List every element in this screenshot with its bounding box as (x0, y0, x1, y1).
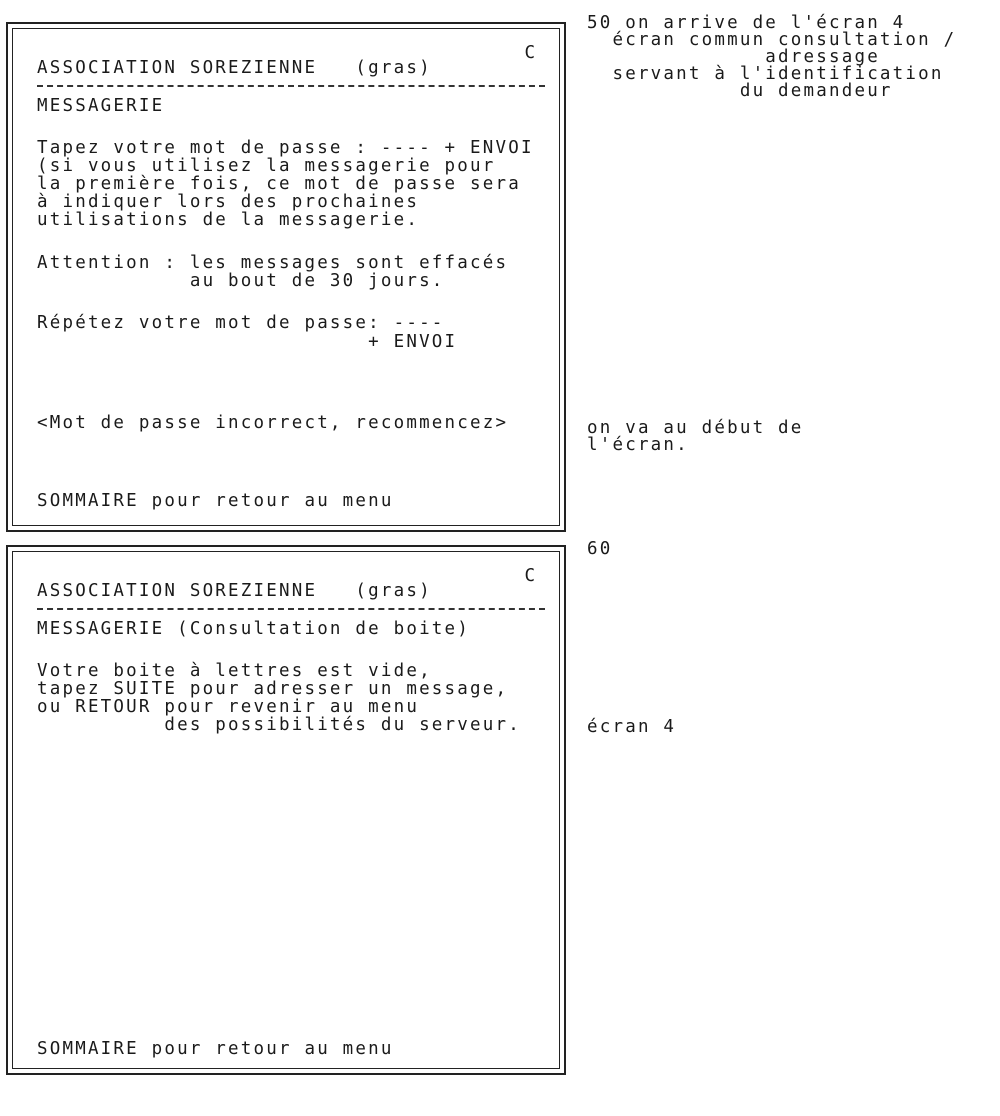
body-line: la première fois, ce mot de passe sera (37, 175, 521, 193)
repeat-password-prompt: Répétez votre mot de passe: ---- (37, 314, 445, 332)
body-line: utilisations de la messagerie. (37, 211, 419, 229)
dashed-divider (37, 85, 545, 87)
screen-50-frame: C ASSOCIATION SOREZIENNE (gras) MESSAGER… (6, 22, 566, 532)
body-line: des possibilités du serveur. (37, 716, 521, 734)
screen-50-inner-frame: C ASSOCIATION SOREZIENNE (gras) MESSAGER… (12, 28, 560, 526)
header-title: ASSOCIATION SOREZIENNE (gras) (37, 582, 432, 600)
retour-annotation: écran 4 (587, 718, 676, 736)
header-title: ASSOCIATION SOREZIENNE (gras) (37, 59, 432, 77)
body-line: (si vous utilisez la messagerie pour (37, 157, 496, 175)
footer-sommaire: SOMMAIRE pour retour au menu (37, 1040, 394, 1058)
corner-mark: C (524, 566, 535, 586)
body-line: à indiquer lors des prochaines (37, 193, 419, 211)
footer-sommaire: SOMMAIRE pour retour au menu (37, 492, 394, 510)
password-prompt: Tapez votre mot de passe : ---- + ENVOI (37, 139, 534, 157)
repeat-password-send: + ENVOI (37, 333, 457, 351)
body-line: tapez SUITE pour adresser un message, (37, 680, 508, 698)
corner-mark: C (524, 43, 535, 63)
screen-60-inner-frame: C ASSOCIATION SOREZIENNE (gras) MESSAGER… (12, 551, 560, 1069)
dashed-divider (37, 608, 545, 610)
error-annotation-line: l'écran. (587, 436, 689, 454)
body-line: Votre boite à lettres est vide, (37, 662, 432, 680)
error-message: <Mot de passe incorrect, recommencez> (37, 414, 508, 432)
body-line: ou RETOUR pour revenir au menu (37, 698, 419, 716)
annotation-line: du demandeur (587, 82, 893, 100)
warning-line: Attention : les messages sont effacés (37, 254, 508, 272)
warning-line: au bout de 30 jours. (37, 272, 445, 290)
screen-60-number: 60 (587, 540, 612, 558)
section-title: MESSAGERIE (Consultation de boite) (37, 620, 470, 638)
section-title: MESSAGERIE (37, 97, 164, 115)
screen-60-frame: C ASSOCIATION SOREZIENNE (gras) MESSAGER… (6, 545, 566, 1075)
